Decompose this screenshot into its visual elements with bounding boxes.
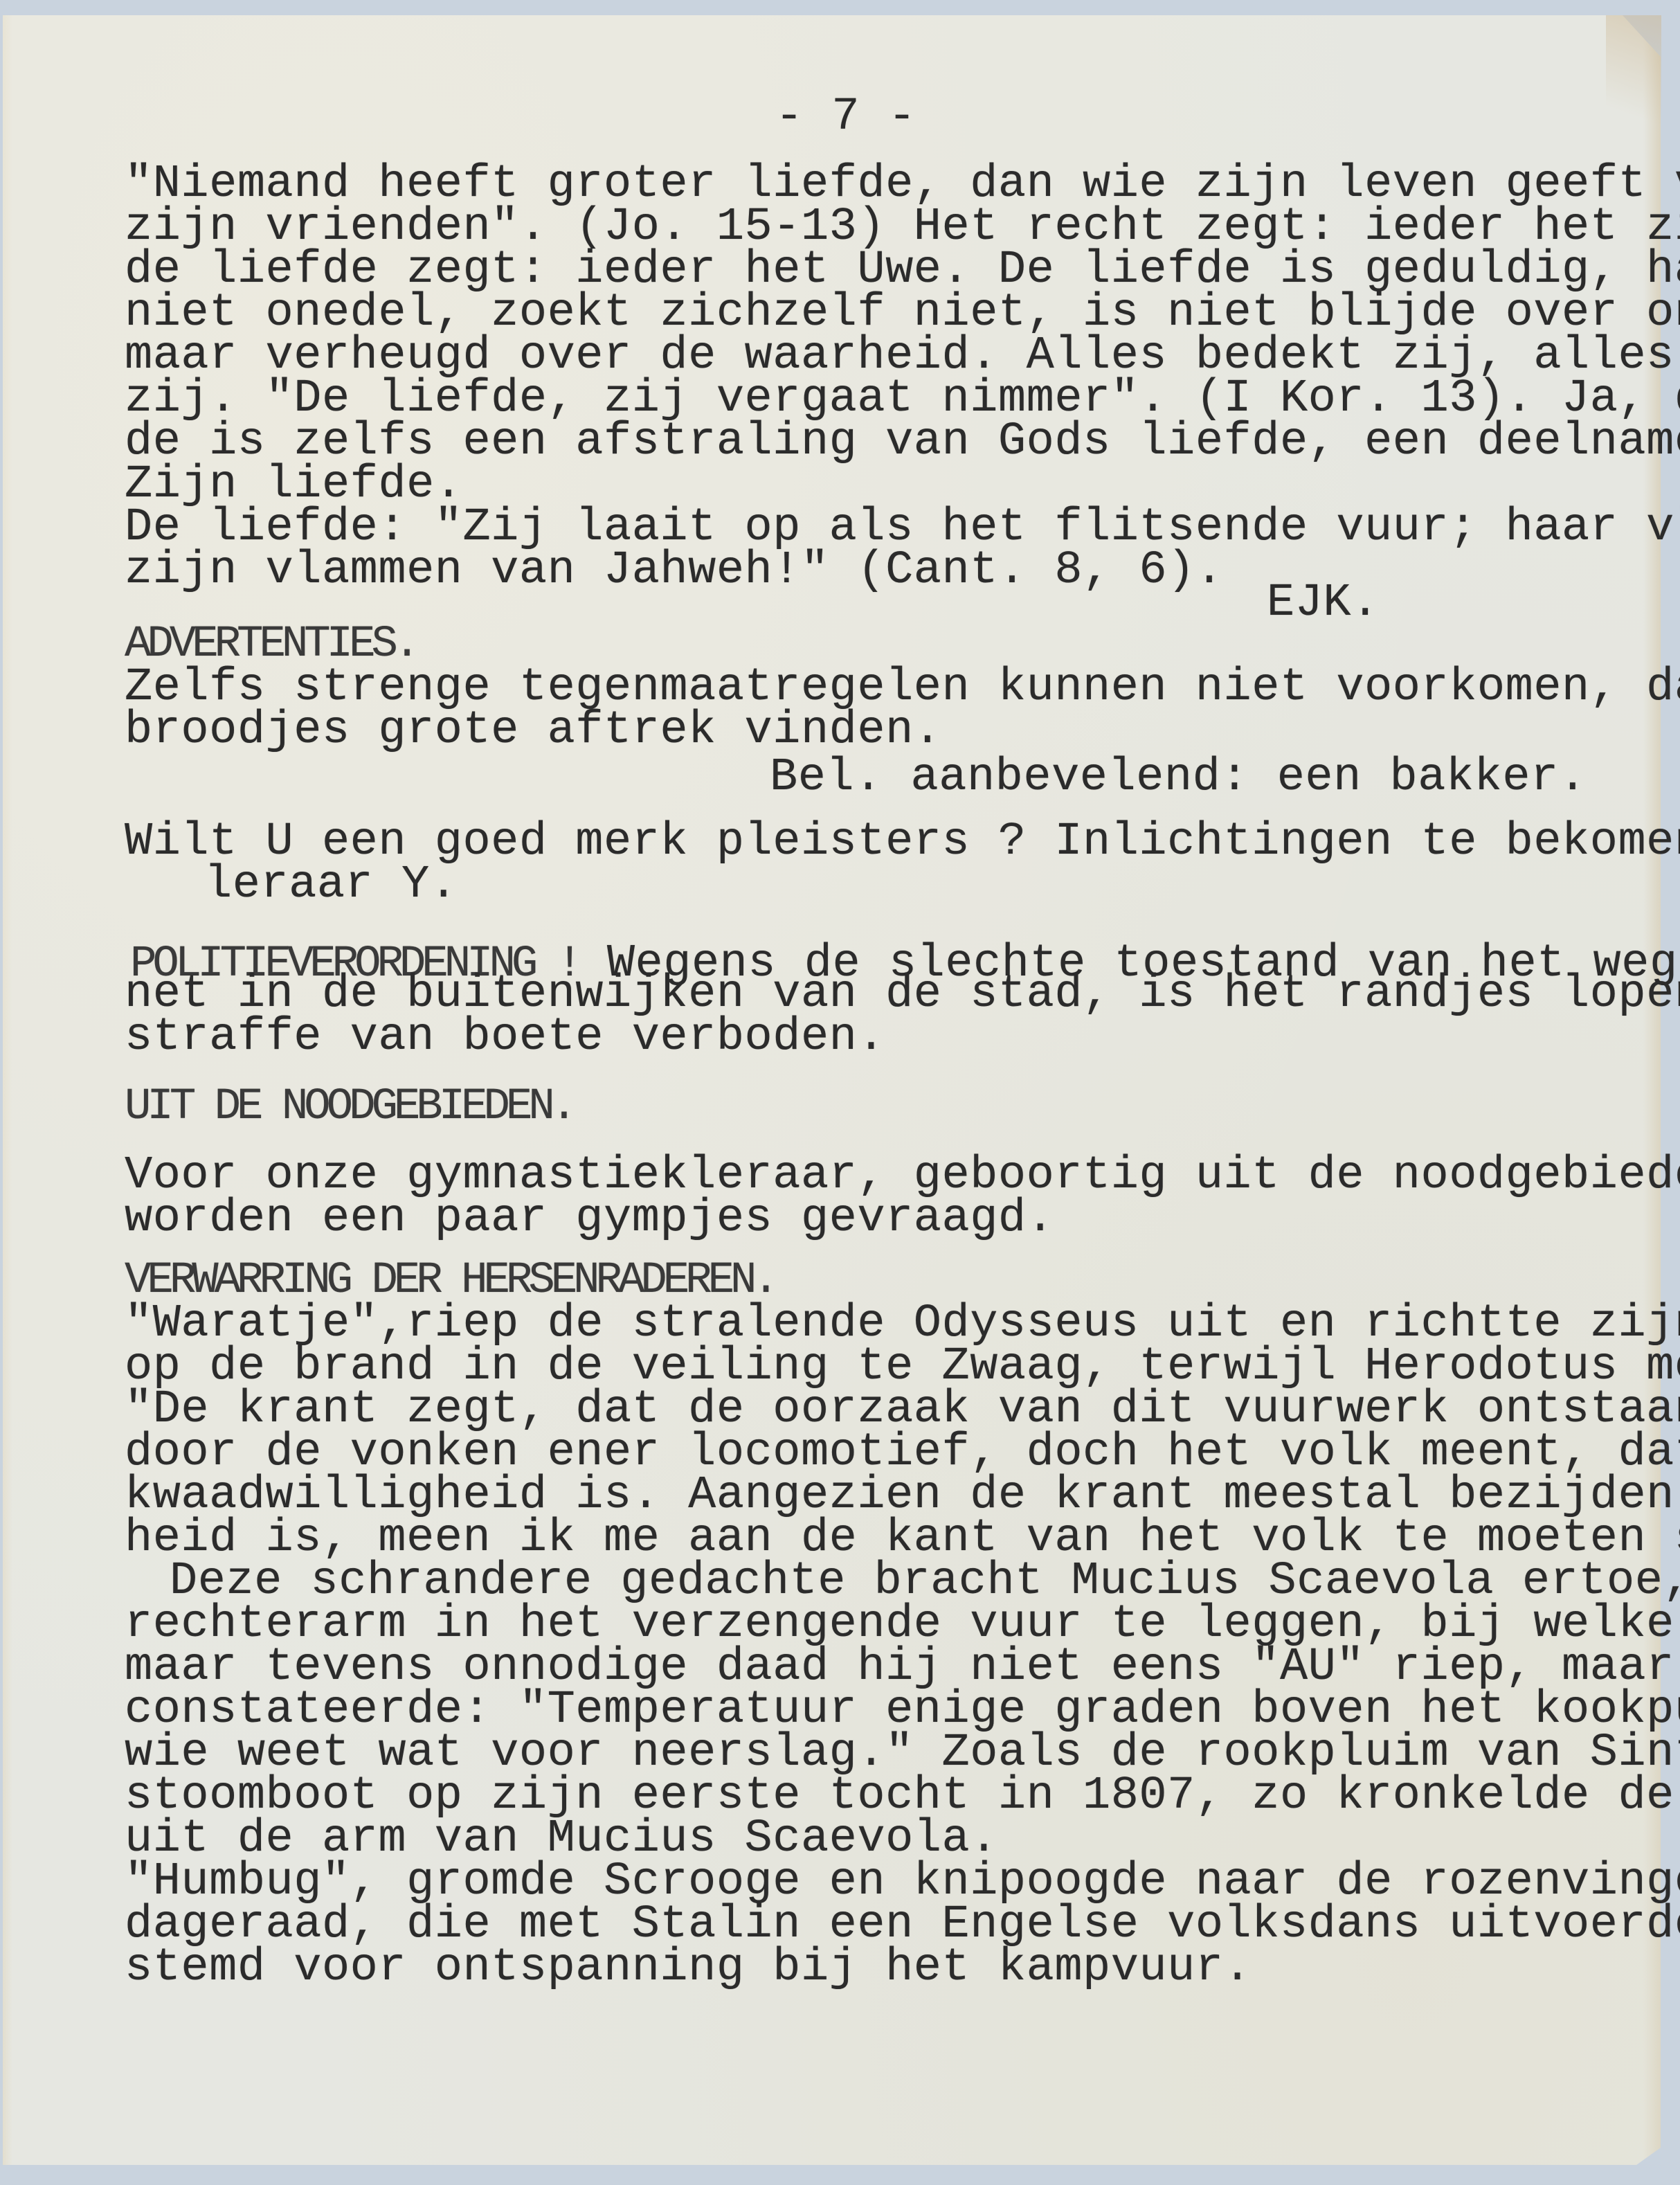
text-line: stemd voor ontspanning bij het kampvuur. [125, 1946, 1252, 1989]
text-line: stoomboot op zijn eerste tocht in 1807, … [125, 1774, 1680, 1817]
text-line: dageraad, die met Stalin een Engelse vol… [125, 1903, 1680, 1946]
text-line: straffe van boete verboden. [125, 1016, 885, 1059]
text-line: Zijn liefde. [125, 463, 462, 506]
text-line: kwaadwilligheid is. Aangezien de krant m… [125, 1474, 1680, 1517]
text-line: heid is, meen ik me aan de kant van het … [125, 1517, 1680, 1560]
text-line: Wilt U een goed merk pleisters ? Inlicht… [125, 820, 1680, 863]
text-line: rechterarm in het verzengende vuur te le… [125, 1603, 1680, 1646]
folded-corner [1606, 15, 1661, 154]
section-heading: UIT DE NOODGEBIEDEN. [125, 1086, 573, 1129]
text-line: "Niemand heeft groter liefde, dan wie zi… [125, 163, 1680, 206]
text-line: "Waratje",riep de stralende Odysseus uit… [125, 1302, 1680, 1345]
text-line: zijn vrienden". (Jo. 15-13) Het recht ze… [125, 206, 1680, 249]
text-line: de is zelfs een afstraling van Gods lief… [125, 420, 1680, 463]
text-line: constateerde: "Temperatuur enige graden … [125, 1689, 1680, 1732]
text-line: worden een paar gympjes gevraagd. [125, 1197, 1054, 1240]
signature: EJK. [1267, 582, 1380, 624]
text-line: Zelfs strenge tegenmaatregelen kunnen ni… [125, 666, 1680, 709]
page-number: - 7 - [775, 96, 916, 138]
text-line: "De krant zegt, dat de oorzaak van dit v… [125, 1388, 1680, 1431]
text-line: uit de arm van Mucius Scaevola. [125, 1817, 998, 1860]
text-line: maar verheugd over de waarheid. Alles be… [125, 334, 1680, 377]
text-line: zijn vlammen van Jahweh!" (Cant. 8, 6). [125, 549, 1224, 592]
text-line: Deze schrandere gedachte bracht Mucius S… [170, 1560, 1680, 1603]
text-line: leraar Y. [204, 863, 458, 906]
text-line: Voor onze gymnastiekleraar, geboortig ui… [125, 1154, 1680, 1197]
text-line: de liefde zegt: ieder het Uwe. De liefde… [125, 249, 1680, 291]
signature: Bel. aanbevelend: een bakker. [770, 756, 1587, 799]
text-line: broodjes grote aftrek vinden. [125, 709, 942, 752]
text-line: op de brand in de veiling te Zwaag, terw… [125, 1345, 1680, 1388]
text-line: zij. "De liefde, zij vergaat nimmer". (I… [125, 377, 1680, 420]
text-line: net in de buitenwijken van de stad, is h… [125, 973, 1680, 1016]
text-line: maar tevens onnodige daad hij niet eens … [125, 1646, 1680, 1689]
text-line: niet onedel, zoekt zichzelf niet, is nie… [125, 291, 1680, 334]
section-heading: ADVERTENTIES. [125, 623, 416, 666]
text-line: door de vonken ener locomotief, doch het… [125, 1431, 1680, 1474]
text-line: wie weet wat voor neerslag." Zoals de ro… [125, 1732, 1680, 1774]
text-line: "Humbug", gromde Scrooge en knipoogde na… [125, 1860, 1680, 1903]
text-line: De liefde: "Zij laait op als het flitsen… [125, 506, 1680, 549]
section-heading: VERWARRING DER HERSENRADEREN. [125, 1259, 775, 1302]
